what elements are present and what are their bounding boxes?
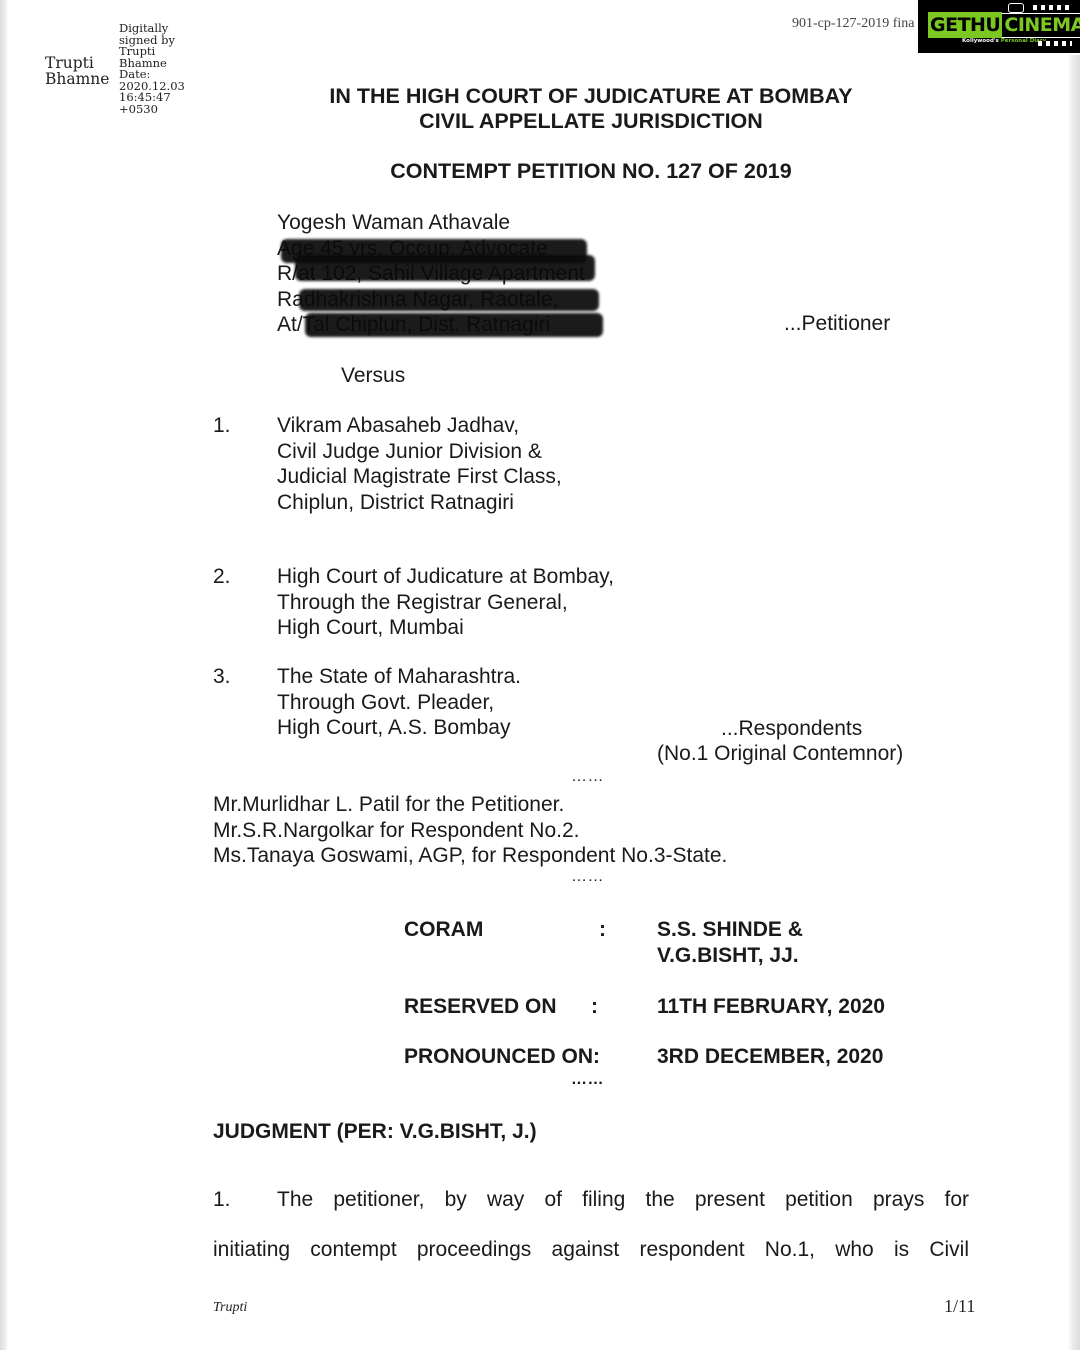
court-name: IN THE HIGH COURT OF JUDICATURE AT BOMBA… (0, 84, 1080, 109)
judgment-heading: JUDGMENT (PER: V.G.BISHT, J.) (213, 1120, 537, 1144)
pronounced-on-date: 3RD DECEMBER, 2020 (657, 1044, 883, 1070)
petitioner-name: Yogesh Waman Athavale (277, 210, 585, 236)
respondent-number: 1. (213, 413, 231, 439)
file-reference: 901-cp-127-2019 fina (792, 16, 914, 32)
coram-judge-line: V.G.BISHT, JJ. (657, 943, 803, 969)
separator-dots: …… (571, 868, 604, 886)
reserved-colon: : (591, 994, 598, 1020)
paragraph-number: 1. (213, 1188, 277, 1212)
coram-label: CORAM (404, 917, 483, 943)
respondent-3: The State of Maharashtra. Through Govt. … (277, 664, 521, 741)
reserved-on-label: RESERVED ON (404, 994, 557, 1020)
redaction-mark (305, 313, 603, 337)
respondent-line: High Court of Judicature at Bombay, (277, 564, 614, 590)
watermark-logo: GETHU CINEMA Kollywood's Personal Diary (918, 0, 1080, 53)
coram-judge-line: S.S. SHINDE & (657, 917, 803, 943)
reserved-on-date: 11TH FEBRUARY, 2020 (657, 994, 885, 1020)
page-number: 1/11 (944, 1296, 975, 1317)
counsel-respondent-2: Mr.S.R.Nargolkar for Respondent No.2. (213, 818, 727, 844)
respondent-number: 3. (213, 664, 231, 690)
jurisdiction: CIVIL APPELLATE JURISDICTION (0, 109, 1080, 134)
versus-label: Versus (341, 363, 405, 389)
separator-dots: …… (571, 768, 604, 786)
film-strip-icon (1038, 41, 1072, 46)
redaction-mark (299, 289, 599, 311)
petitioner-address-line: Radhakrishna Nagar, Raotale, (277, 287, 585, 313)
coram-judges: S.S. SHINDE & V.G.BISHT, JJ. (657, 917, 803, 969)
logo-tagline: Kollywood's Personal Diary (962, 38, 1046, 44)
counsel-respondent-3: Ms.Tanaya Goswami, AGP, for Respondent N… (213, 843, 727, 869)
signature-first-name: Trupti (45, 55, 109, 71)
pronounced-on-label: PRONOUNCED ON: (404, 1044, 600, 1070)
respondent-line: Civil Judge Junior Division & (277, 439, 562, 465)
respondent-line: Judicial Magistrate First Class, (277, 464, 562, 490)
respondent-number: 2. (213, 564, 231, 590)
film-strip-icon (1033, 5, 1071, 10)
respondent-line: Through Govt. Pleader, (277, 690, 521, 716)
coram-colon: : (599, 917, 606, 943)
contemnor-label: (No.1 Original Contemnor) (657, 741, 903, 767)
petition-title: CONTEMPT PETITION NO. 127 OF 2019 (0, 159, 1080, 184)
logo-highlight-text: GETHU (928, 12, 1002, 38)
petitioner-address-line: R/at 102, Sahil Village Apartment (277, 261, 585, 287)
petitioner-block: Yogesh Waman Athavale Age 45 yrs, Occup.… (277, 210, 585, 338)
judgment-paragraph-line: 1.The petitioner, by way of filing the p… (213, 1188, 969, 1212)
respondent-line: Through the Registrar General, (277, 590, 614, 616)
paragraph-text: The petitioner, by way of filing the pre… (277, 1188, 969, 1211)
respondent-line: Chiplun, District Ratnagiri (277, 490, 562, 516)
judgment-paragraph-line: initiating contempt proceedings against … (213, 1238, 969, 1262)
page-edge-left (0, 0, 8, 1350)
signature-name: Trupti Bhamne (45, 55, 109, 87)
logo-tagline-a: Kollywood's (962, 38, 999, 44)
respondent-line: Vikram Abasaheb Jadhav, (277, 413, 562, 439)
respondent-line: High Court, A.S. Bombay (277, 715, 521, 741)
separator-dots: …… (571, 1071, 604, 1089)
petitioner-label: ...Petitioner (784, 311, 890, 337)
logo-rest-text: CINEMA (1002, 13, 1080, 38)
respondent-2: High Court of Judicature at Bombay, Thro… (277, 564, 614, 641)
counsel-petitioner: Mr.Murlidhar L. Patil for the Petitioner… (213, 792, 727, 818)
scrollbar[interactable] (1068, 55, 1080, 1350)
respondent-line: High Court, Mumbai (277, 615, 614, 641)
respondent-1: Vikram Abasaheb Jadhav, Civil Judge Juni… (277, 413, 562, 515)
respondent-line: The State of Maharashtra. (277, 664, 521, 690)
counsel-list: Mr.Murlidhar L. Patil for the Petitioner… (213, 792, 727, 869)
footer-initials: Trupti (213, 1300, 247, 1316)
petitioner-address-line: At/Tal Chiplun, Dist. Ratnagiri (277, 312, 585, 338)
respondents-label: ...Respondents (721, 716, 862, 742)
redaction-mark (295, 255, 595, 281)
